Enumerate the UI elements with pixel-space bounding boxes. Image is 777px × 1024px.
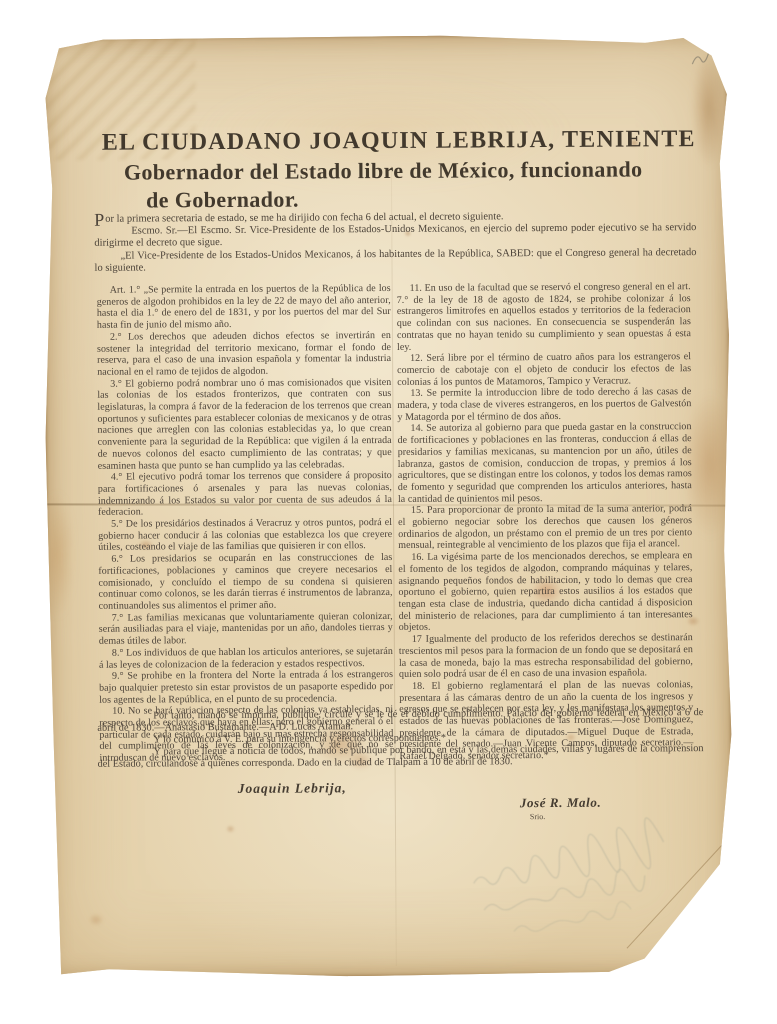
preamble-paragraph-1-text: or la primera secretaria de estado, se m… <box>105 211 503 224</box>
left-column: Art. 1.° „Se permite la entrada en los p… <box>97 283 394 765</box>
title-line-1: EL CIUDADANO JOAQUIN LEBRIJA, TENIENTE <box>102 126 702 157</box>
article-5: 5.° De los presidários destinados á Vera… <box>98 517 392 554</box>
article-17: 17 Igualmente del producto de los referi… <box>399 632 693 681</box>
title-line-3: de Gobernador. <box>146 184 702 213</box>
drop-cap-initial: P <box>94 214 104 227</box>
preamble-paragraph-2: Escmo. Sr.—El Escmo. Sr. Vice-Presidente… <box>94 222 696 250</box>
secretary-abbreviation: Srio. <box>530 812 545 821</box>
article-16: 16. La vigésima parte de los mencionados… <box>398 550 692 634</box>
bleedthrough-handwriting <box>461 816 716 964</box>
article-15: 15. Para proporcionar de pronto la mitad… <box>398 504 692 553</box>
article-4: 4.° El ejecutivo podrá tomar los terreno… <box>98 470 392 519</box>
right-column: 11. En uso de la facultad que se reservó… <box>397 281 694 763</box>
signature-joaquin-lebrija: Joaquin Lebrija, <box>238 780 347 797</box>
article-14: 14. Se autoriza al gobierno para que pue… <box>397 422 691 506</box>
article-6: 6.° Los presidarios se ocuparán en las c… <box>98 552 392 612</box>
signature-jose-r-malo: José R. Malo. <box>520 795 602 811</box>
masthead: EL CIUDADANO JOAQUIN LEBRIJA, TENIENTE G… <box>102 126 703 214</box>
article-1: Art. 1.° „Se permite la entrada en los p… <box>97 283 391 332</box>
closing-section: Por tanto, mando se imprima, publique, c… <box>97 707 703 771</box>
preamble: Por la primera secretaria de estado, se … <box>94 210 696 275</box>
article-2: 2.° Los derechos que adeuden dichos efec… <box>97 330 391 379</box>
edge-stain-left <box>40 490 75 620</box>
article-8: 8.° Los individuos de que hablan los art… <box>99 646 393 671</box>
broadside-paper: EL CIUDADANO JOAQUIN LEBRIJA, TENIENTE G… <box>43 34 733 978</box>
photograph-backdrop: EL CIUDADANO JOAQUIN LEBRIJA, TENIENTE G… <box>0 0 777 1024</box>
article-11: 11. En uso de la facultad que se reservó… <box>397 281 691 353</box>
closing-paragraph-1: Por tanto, mando se imprima, publique, c… <box>97 707 703 735</box>
title-line-2: Gobernador del Estado libre de México, f… <box>124 156 702 186</box>
article-12: 12. Será libre por el término de cuatro … <box>397 351 691 388</box>
article-13: 13. Se permite la introduccion libre de … <box>397 386 691 423</box>
fox-spot-7 <box>88 914 103 926</box>
article-3: 3.° El gobierno podrá nombrar uno ó mas … <box>97 377 392 472</box>
article-7: 7.° Las familias mexicanas que voluntari… <box>99 611 393 648</box>
preamble-paragraph-3: „El Vice-Presidente de los Estados-Unido… <box>94 247 696 275</box>
closing-paragraph-3: Y para que llegue á noticia de todos, ma… <box>97 743 703 771</box>
fox-spot-5 <box>226 825 235 833</box>
article-9: 9.° Se prohibe en la frontera del Norte … <box>99 669 393 706</box>
pencil-mark <box>689 46 725 72</box>
